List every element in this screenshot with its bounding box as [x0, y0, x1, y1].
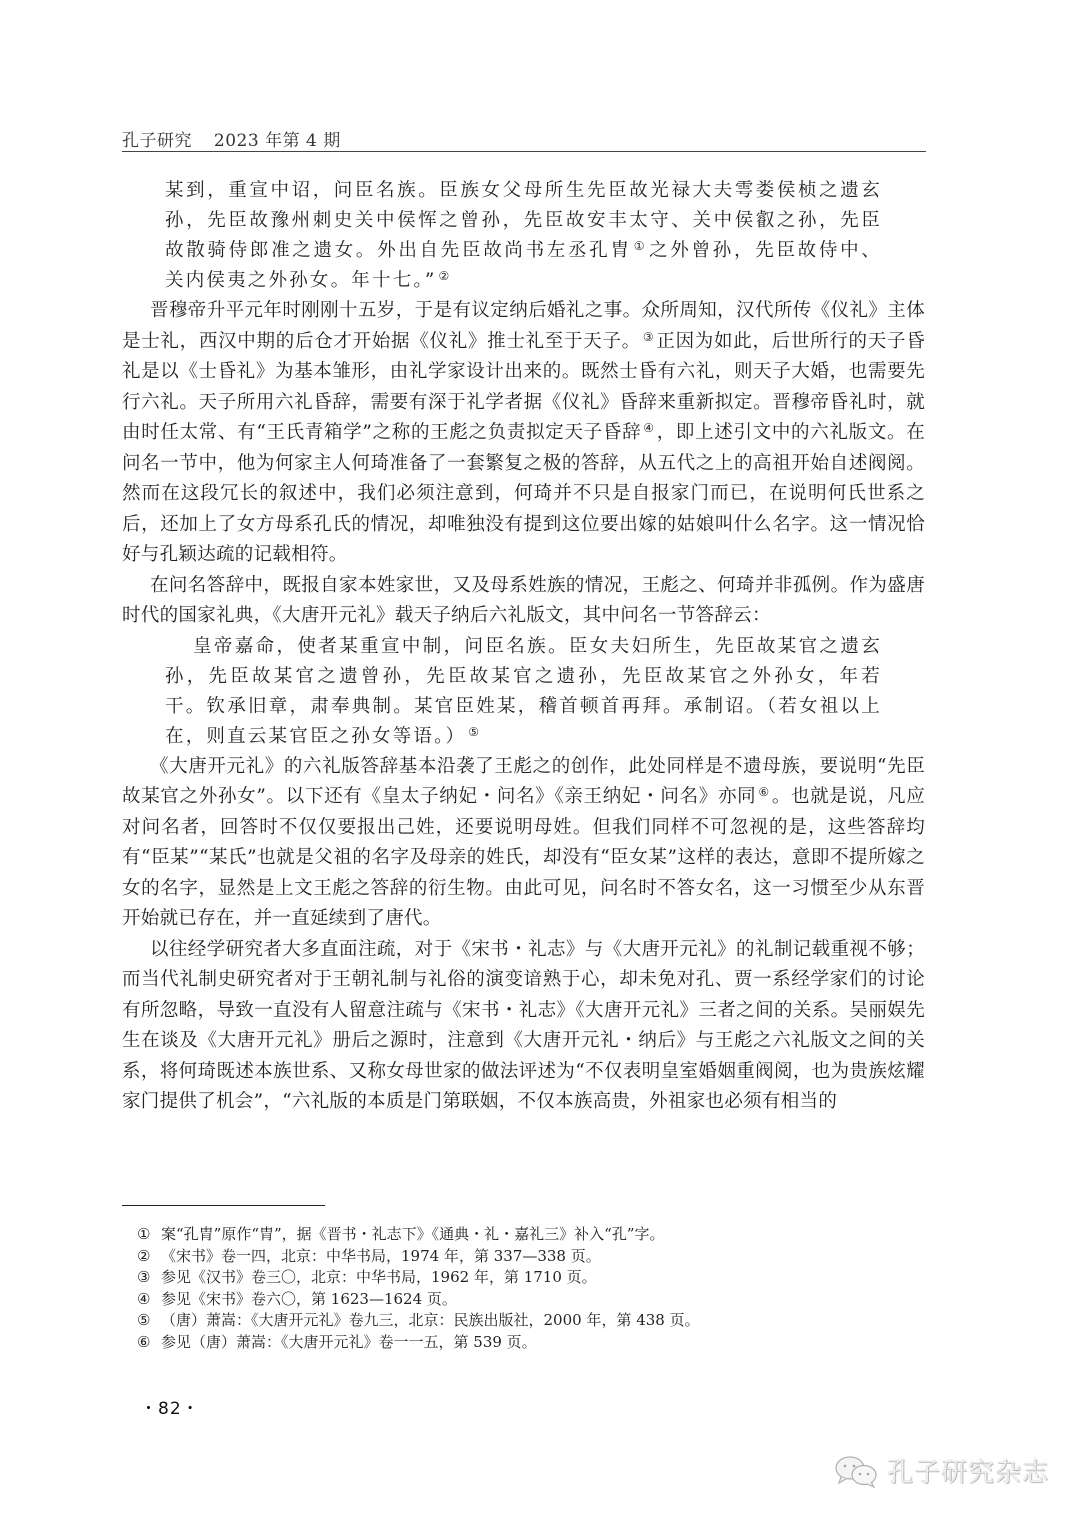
- footnote-text: 《宋书》卷一四，北京：中华书局，1974 年，第 337—338 页。: [161, 1246, 601, 1268]
- footnote-text: （唐）萧嵩：《大唐开元礼》卷九三，北京：民族出版社，2000 年，第 438 页…: [161, 1310, 700, 1332]
- footnote-6: ⑥参见（唐）萧嵩：《大唐开元礼》卷一一五，第 539 页。: [137, 1332, 897, 1354]
- article-body: 某到，重宣中诏，问臣名族。臣族女父母所生先臣故光禄大夫雩娄侯桢之遗玄孙，先臣故豫…: [122, 176, 925, 1118]
- block-quote-2: 皇帝嘉命，使者某重宣中制，问臣名族。臣女夫妇所生，先臣故某官之遗玄孙，先臣故某官…: [165, 632, 882, 752]
- footnote-ref-5[interactable]: ⑤: [468, 725, 481, 739]
- footnote-3: ③参见《汉书》卷三〇，北京：中华书局，1962 年，第 1710 页。: [137, 1267, 897, 1289]
- footnote-ref-3[interactable]: ③: [643, 330, 654, 344]
- watermark-text: 孔子研究杂志: [887, 1452, 1049, 1489]
- footnote-number: ⑤: [137, 1310, 161, 1332]
- footnote-text: 参见《汉书》卷三〇，北京：中华书局，1962 年，第 1710 页。: [161, 1267, 597, 1289]
- block-quote-1: 某到，重宣中诏，问臣名族。臣族女父母所生先臣故光禄大夫雩娄侯桢之遗玄孙，先臣故豫…: [165, 176, 882, 296]
- paragraph-text: ，即上述引文中的六礼版文。在问名一节中，他为何家主人何琦准备了一套繁复之极的答辞…: [122, 422, 925, 565]
- watermark: 孔子研究杂志: [833, 1452, 1049, 1489]
- paragraph-1: 晋穆帝升平元年时刚刚十五岁，于是有议定纳后婚礼之事。众所周知，汉代所传《仪礼》主…: [122, 296, 925, 571]
- wechat-icon: [833, 1454, 881, 1488]
- issue-label: 2023 年第 4 期: [214, 131, 341, 151]
- footnote-text: 案“孔胄”原作“胄”，据《晋书・礼志下》《通典・礼・嘉礼三》补入“孔”字。: [161, 1224, 665, 1246]
- footnote-text: 参见《宋书》卷六〇，第 1623—1624 页。: [161, 1289, 457, 1311]
- footnote-4: ④参见《宋书》卷六〇，第 1623—1624 页。: [137, 1289, 897, 1311]
- footnote-1: ①案“孔胄”原作“胄”，据《晋书・礼志下》《通典・礼・嘉礼三》补入“孔”字。: [137, 1224, 897, 1246]
- paragraph-2: 在问名答辞中，既报自家本姓家世，又及母系姓族的情况，王彪之、何琦并非孤例。作为盛…: [122, 571, 925, 632]
- quote-text: 皇帝嘉命，使者某重宣中制，问臣名族。臣女夫妇所生，先臣故某官之遗玄孙，先臣故某官…: [165, 636, 882, 747]
- paragraph-4: 以往经学研究者大多直面注疏，对于《宋书・礼志》与《大唐开元礼》的礼制记载重视不够…: [122, 935, 925, 1118]
- footnote-ref-4[interactable]: ④: [643, 421, 654, 435]
- footnote-separator: [122, 1205, 325, 1206]
- footnote-number: ①: [137, 1224, 161, 1246]
- running-head: 孔子研究 2023 年第 4 期: [122, 126, 341, 151]
- paragraph-text: 。也就是说，凡应对问名者，回答时不仅仅要报出己姓，还要说明母姓。但我们同样不可忽…: [122, 786, 925, 929]
- footnote-text: 参见（唐）萧嵩：《大唐开元礼》卷一一五，第 539 页。: [161, 1332, 537, 1354]
- footnote-number: ⑥: [137, 1332, 161, 1354]
- footnote-ref-1[interactable]: ①: [634, 239, 647, 253]
- footnote-number: ②: [137, 1246, 161, 1268]
- footnote-number: ③: [137, 1267, 161, 1289]
- footnote-5: ⑤（唐）萧嵩：《大唐开元礼》卷九三，北京：民族出版社，2000 年，第 438 …: [137, 1310, 897, 1332]
- footnote-2: ②《宋书》卷一四，北京：中华书局，1974 年，第 337—338 页。: [137, 1246, 897, 1268]
- footnotes: ①案“孔胄”原作“胄”，据《晋书・礼志下》《通典・礼・嘉礼三》补入“孔”字。 ②…: [137, 1224, 897, 1353]
- footnote-number: ④: [137, 1289, 161, 1311]
- paragraph-3: 《大唐开元礼》的六礼版答辞基本沿袭了王彪之的创作，此处同样是不遗母族，要说明“先…: [122, 752, 925, 935]
- header-rule: [122, 151, 926, 152]
- journal-name: 孔子研究: [122, 131, 192, 151]
- footnote-ref-2[interactable]: ②: [439, 269, 452, 283]
- footnote-ref-6[interactable]: ⑥: [758, 785, 769, 799]
- page-number: ・82・: [140, 1394, 200, 1419]
